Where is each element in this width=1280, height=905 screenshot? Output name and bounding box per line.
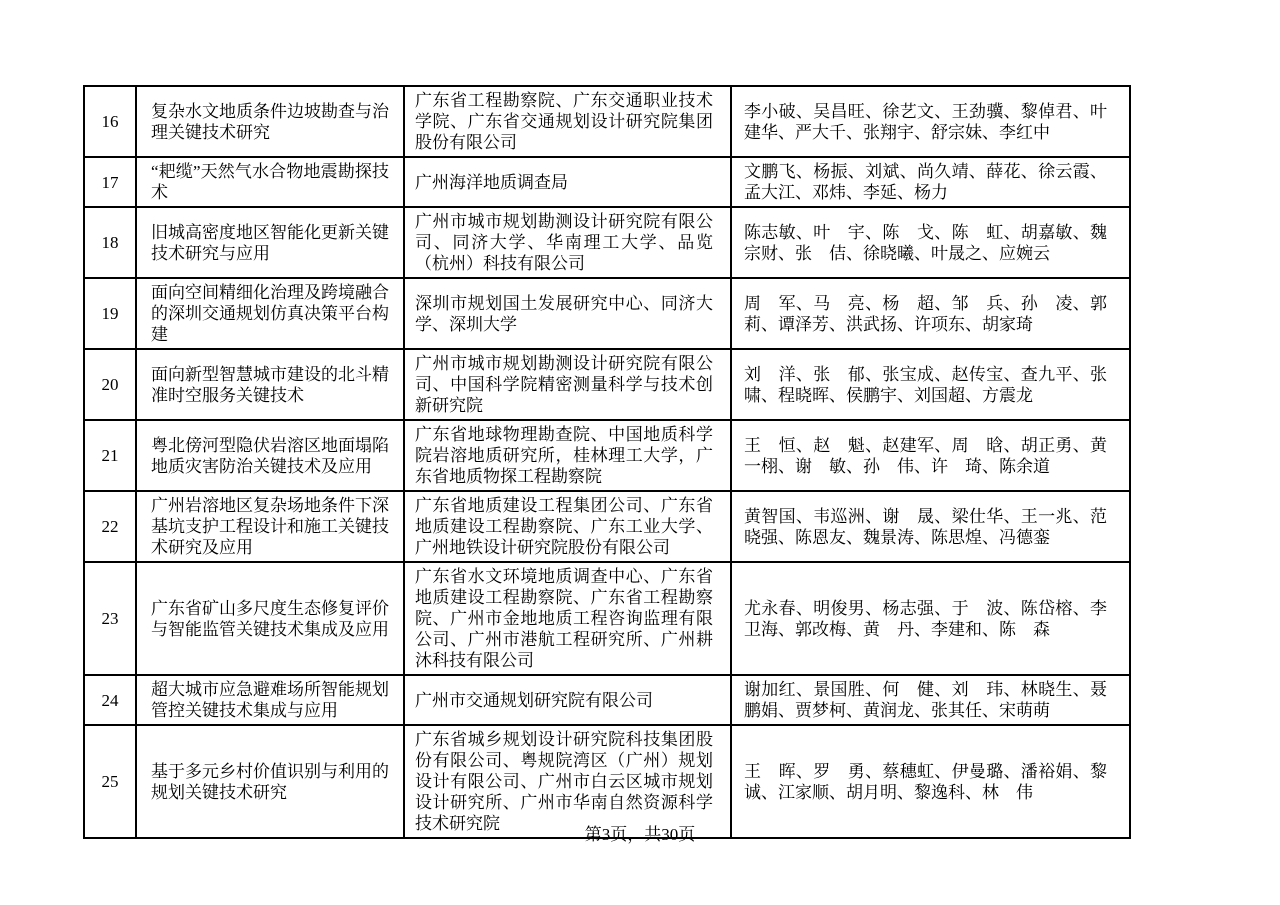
row-number-cell: 23 xyxy=(84,562,136,675)
row-number-cell: 18 xyxy=(84,207,136,278)
table-row: 21 粤北傍河型隐伏岩溶区地面塌陷地质灾害防治关键技术及应用 广东省地球物理勘查… xyxy=(84,420,1130,491)
project-people-cell: 黄智国、韦巡洲、谢 晟、梁仕华、王一兆、范晓强、陈恩友、魏景涛、陈思煌、冯德銮 xyxy=(731,491,1130,562)
table-row: 16 复杂水文地质条件边坡勘查与治理关键技术研究 广东省工程勘察院、广东交通职业… xyxy=(84,86,1130,157)
project-title-cell: “耙缆”天然气水合物地震勘探技术 xyxy=(136,157,404,207)
project-title-cell: 面向空间精细化治理及跨境融合的深圳交通规划仿真决策平台构建 xyxy=(136,278,404,349)
project-organizations-cell: 广东省水文环境地质调查中心、广东省地质建设工程勘察院、广东省工程勘察院、广州市金… xyxy=(404,562,731,675)
table-row: 19 面向空间精细化治理及跨境融合的深圳交通规划仿真决策平台构建 深圳市规划国土… xyxy=(84,278,1130,349)
project-title-cell: 旧城高密度地区智能化更新关键技术研究与应用 xyxy=(136,207,404,278)
row-number-cell: 24 xyxy=(84,675,136,725)
project-organizations-cell: 广东省地球物理勘查院、中国地质科学院岩溶地质研究所，桂林理工大学，广东省地质物探… xyxy=(404,420,731,491)
table-row: 20 面向新型智慧城市建设的北斗精准时空服务关键技术 广州市城市规划勘测设计研究… xyxy=(84,349,1130,420)
project-title-cell: 面向新型智慧城市建设的北斗精准时空服务关键技术 xyxy=(136,349,404,420)
project-organizations-cell: 广州市城市规划勘测设计研究院有限公司、中国科学院精密测量科学与技术创新研究院 xyxy=(404,349,731,420)
project-title-cell: 基于多元乡村价值识别与利用的规划关键技术研究 xyxy=(136,725,404,838)
row-number-cell: 20 xyxy=(84,349,136,420)
row-number-cell: 22 xyxy=(84,491,136,562)
project-people-cell: 刘 洋、张 郁、张宝成、赵传宝、查九平、张啸、程晓晖、侯鹏宇、刘国超、方震龙 xyxy=(731,349,1130,420)
row-number-cell: 19 xyxy=(84,278,136,349)
table-row: 18 旧城高密度地区智能化更新关键技术研究与应用 广州市城市规划勘测设计研究院有… xyxy=(84,207,1130,278)
project-people-cell: 陈志敏、叶 宇、陈 戈、陈 虹、胡嘉敏、魏宗财、张 佶、徐晓曦、叶晟之、应婉云 xyxy=(731,207,1130,278)
project-people-cell: 谢加红、景国胜、何 健、刘 玮、林晓生、聂鹏娟、贾梦柯、黄润龙、张其任、宋萌萌 xyxy=(731,675,1130,725)
row-number-cell: 25 xyxy=(84,725,136,838)
project-organizations-cell: 广州市交通规划研究院有限公司 xyxy=(404,675,731,725)
project-people-cell: 周 军、马 亮、杨 超、邹 兵、孙 凌、郭莉、谭泽芳、洪武扬、许项东、胡家琦 xyxy=(731,278,1130,349)
project-organizations-cell: 广州海洋地质调查局 xyxy=(404,157,731,207)
table-row: 23 广东省矿山多尺度生态修复评价与智能监管关键技术集成及应用 广东省水文环境地… xyxy=(84,562,1130,675)
row-number-cell: 21 xyxy=(84,420,136,491)
project-title-cell: 超大城市应急避难场所智能规划管控关键技术集成与应用 xyxy=(136,675,404,725)
table-row: 17 “耙缆”天然气水合物地震勘探技术 广州海洋地质调查局 文鹏飞、杨振、刘斌、… xyxy=(84,157,1130,207)
project-title-cell: 广州岩溶地区复杂场地条件下深基坑支护工程设计和施工关键技术研究及应用 xyxy=(136,491,404,562)
project-title-cell: 复杂水文地质条件边坡勘查与治理关键技术研究 xyxy=(136,86,404,157)
table-row: 25 基于多元乡村价值识别与利用的规划关键技术研究 广东省城乡规划设计研究院科技… xyxy=(84,725,1130,838)
table-row: 22 广州岩溶地区复杂场地条件下深基坑支护工程设计和施工关键技术研究及应用 广东… xyxy=(84,491,1130,562)
project-title-cell: 粤北傍河型隐伏岩溶区地面塌陷地质灾害防治关键技术及应用 xyxy=(136,420,404,491)
project-people-cell: 文鹏飞、杨振、刘斌、尚久靖、薛花、徐云霞、孟大江、邓炜、李延、杨力 xyxy=(731,157,1130,207)
project-title-cell: 广东省矿山多尺度生态修复评价与智能监管关键技术集成及应用 xyxy=(136,562,404,675)
project-people-cell: 王 晖、罗 勇、蔡穗虹、伊曼璐、潘裕娟、黎诚、江家顺、胡月明、黎逸科、林 伟 xyxy=(731,725,1130,838)
project-people-cell: 李小破、吴昌旺、徐艺文、王劲骥、黎倬君、叶建华、严大千、张翔宇、舒宗妹、李红中 xyxy=(731,86,1130,157)
document-page: 16 复杂水文地质条件边坡勘查与治理关键技术研究 广东省工程勘察院、广东交通职业… xyxy=(0,0,1280,905)
row-number-cell: 16 xyxy=(84,86,136,157)
project-organizations-cell: 广东省地质建设工程集团公司、广东省地质建设工程勘察院、广东工业大学、广州地铁设计… xyxy=(404,491,731,562)
page-number-footer: 第3页，共30页 xyxy=(0,824,1280,845)
project-organizations-cell: 广州市城市规划勘测设计研究院有限公司、同济大学、华南理工大学、品览（杭州）科技有… xyxy=(404,207,731,278)
table-row: 24 超大城市应急避难场所智能规划管控关键技术集成与应用 广州市交通规划研究院有… xyxy=(84,675,1130,725)
row-number-cell: 17 xyxy=(84,157,136,207)
project-organizations-cell: 广东省城乡规划设计研究院科技集团股份有限公司、粤规院湾区（广州）规划设计有限公司… xyxy=(404,725,731,838)
project-organizations-cell: 深圳市规划国土发展研究中心、同济大学、深圳大学 xyxy=(404,278,731,349)
project-people-cell: 王 恒、赵 魁、赵建军、周 晗、胡正勇、黄一栩、谢 敏、孙 伟、许 琦、陈余道 xyxy=(731,420,1130,491)
table-body: 16 复杂水文地质条件边坡勘查与治理关键技术研究 广东省工程勘察院、广东交通职业… xyxy=(84,86,1130,838)
projects-table: 16 复杂水文地质条件边坡勘查与治理关键技术研究 广东省工程勘察院、广东交通职业… xyxy=(83,85,1131,839)
project-people-cell: 尤永春、明俊男、杨志强、于 波、陈岱榕、李卫海、郭改梅、黄 丹、李建和、陈 森 xyxy=(731,562,1130,675)
project-organizations-cell: 广东省工程勘察院、广东交通职业技术学院、广东省交通规划设计研究院集团股份有限公司 xyxy=(404,86,731,157)
